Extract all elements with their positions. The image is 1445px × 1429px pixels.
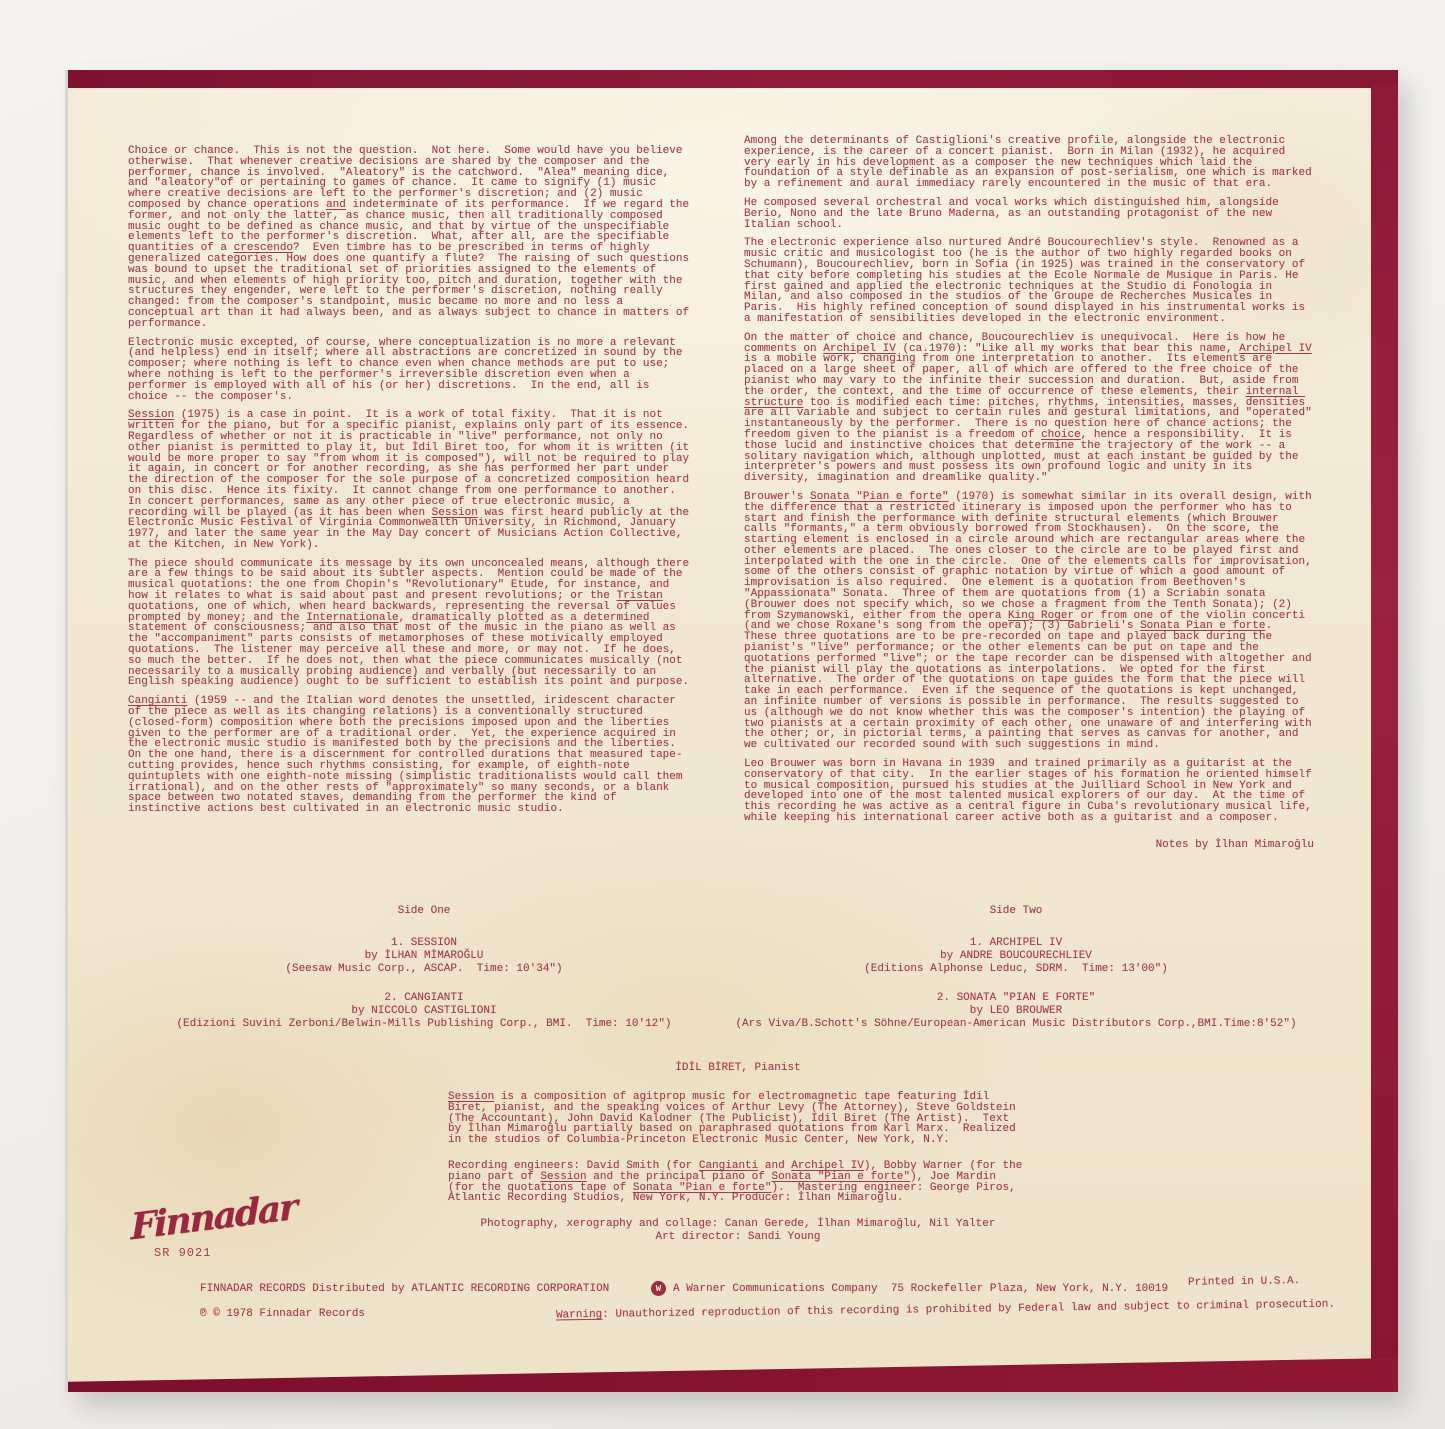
session-credit-paragraph: Session is a composition of agitprop mus…: [448, 1092, 1028, 1146]
underlined-text: Internationale: [306, 612, 398, 624]
liner-notes-left-column: Choice or chance. This is not the questi…: [128, 146, 690, 823]
side-one-tracklist: Side One 1. SESSION by İLHAN MİMAROĞLU (…: [124, 906, 724, 1047]
warner-communications-logo-icon: W: [651, 1281, 666, 1296]
finnadar-logo-block: Finnadar SR 9021: [130, 1196, 296, 1260]
underlined-text: Tristan: [616, 590, 662, 602]
credits-block: Session is a composition of agitprop mus…: [448, 1092, 1028, 1245]
distribution-line: FINNADAR RECORDS Distributed by ATLANTIC…: [200, 1283, 609, 1295]
paragraph: He composed several orchestral and vocal…: [744, 198, 1318, 230]
liner-notes-right-column: Among the determinants of Castiglioni's …: [744, 136, 1318, 859]
warner-address-text: A Warner Communications Company 75 Rocke…: [673, 1283, 1168, 1295]
warner-line: W A Warner Communications Company 75 Roc…: [651, 1281, 1168, 1296]
track-entry-cangianti: 2. CANGIANTI by NICCOLO CASTIGLIONI (Edi…: [124, 992, 724, 1031]
engineers-credit-paragraph: Recording engineers: David Smith (for Ca…: [448, 1161, 1028, 1204]
paragraph: Among the determinants of Castiglioni's …: [744, 136, 1318, 190]
track-publisher-time: (Edizioni Suvini Zerboni/Belwin-Mills Pu…: [124, 1018, 724, 1031]
underlined-text: Warning: [556, 1309, 602, 1322]
collage-credit-line: Photography, xerography and collage: Can…: [448, 1219, 1028, 1230]
track-number-title: 2. CANGIANTI: [124, 992, 724, 1005]
cover-top-red-edge: [68, 70, 1398, 88]
underlined-text: Archipel IV: [823, 343, 896, 355]
underlined-text: choice: [1041, 429, 1081, 441]
printed-in-usa-line: Printed in U.S.A.: [1188, 1275, 1300, 1289]
track-number-title: 1. ARCHIPEL IV: [716, 937, 1316, 950]
underlined-text: Session: [128, 409, 174, 421]
copyright-line: ℗ © 1978 Finnadar Records: [200, 1308, 365, 1320]
track-publisher-time: (Ars Viva/B.Schott's Söhne/European-Amer…: [716, 1018, 1316, 1031]
track-composer: by ANDRE BOUCOURECHLIEV: [716, 950, 1316, 963]
underlined-text: crescendo: [234, 242, 293, 254]
underlined-text: Sonata Pian e forte: [1140, 620, 1265, 632]
paragraph: Electronic music excepted, of course, wh…: [128, 338, 690, 403]
photo-backdrop: Choice or chance. This is not the questi…: [0, 0, 1445, 1429]
cover-right-red-edge: [1371, 84, 1398, 1366]
warning-line: Warning: Unauthorized reproduction of th…: [556, 1299, 1335, 1322]
track-publisher-time: (Seesaw Music Corp., ASCAP. Time: 10'34"…: [124, 963, 724, 976]
underlined-text: Archipel IV: [1239, 343, 1312, 355]
track-number-title: 2. SONATA "PIAN E FORTE": [716, 992, 1316, 1005]
paragraph: Brouwer's Sonata "Pian e forte" (1970) i…: [744, 492, 1318, 751]
paragraph: The electronic experience also nurtured …: [744, 238, 1318, 324]
underlined-text: Session: [432, 507, 478, 519]
track-number-title: 1. SESSION: [124, 937, 724, 950]
notes-byline: Notes by İlhan Mimaroğlu: [744, 840, 1318, 851]
underlined-text: Session: [448, 1091, 494, 1103]
finnadar-signature: Finnadar: [130, 1186, 296, 1249]
cover-bottom-red-edge: [68, 1358, 1398, 1392]
performer-heading: İDİL BİRET, Pianist: [448, 1063, 1028, 1074]
underlined-text: Sonata "Pian e forte": [771, 1171, 910, 1183]
paragraph: Choice or chance. This is not the questi…: [128, 146, 690, 330]
underlined-text: internal structure: [744, 386, 1305, 409]
side-one-heading: Side One: [124, 906, 724, 917]
art-director-line: Art director: Sandi Young: [448, 1232, 1028, 1243]
paragraph: Cangianti (1959 -- and the Italian word …: [128, 696, 690, 815]
track-entry-session: 1. SESSION by İLHAN MİMAROĞLU (Seesaw Mu…: [124, 937, 724, 976]
track-publisher-time: (Editions Alphonse Leduc, SDRM. Time: 13…: [716, 963, 1316, 976]
underlined-text: Cangianti: [699, 1160, 758, 1172]
album-back-cover: Choice or chance. This is not the questi…: [68, 70, 1398, 1392]
paragraph: On the matter of choice and chance, Bouc…: [744, 333, 1318, 484]
catalog-number: SR 9021: [154, 1246, 296, 1260]
underlined-text: Sonata "Pian e forte": [810, 491, 949, 503]
track-entry-archipel-iv: 1. ARCHIPEL IV by ANDRE BOUCOURECHLIEV (…: [716, 937, 1316, 976]
underlined-text: King Roger: [1008, 610, 1074, 622]
side-two-heading: Side Two: [716, 906, 1316, 917]
underlined-text: and: [326, 199, 346, 211]
underlined-text: Sonata "Pian e forte": [633, 1182, 772, 1194]
underlined-text: Cangianti: [128, 695, 187, 707]
liner-notes-right-paragraphs: Among the determinants of Castiglioni's …: [744, 136, 1318, 824]
track-entry-sonata-pian-e-forte: 2. SONATA "PIAN E FORTE" by LEO BROUWER …: [716, 992, 1316, 1031]
paragraph: Leo Brouwer was born in Havana in 1939 a…: [744, 759, 1318, 824]
paragraph: Session (1975) is a case in point. It is…: [128, 410, 690, 550]
track-composer: by NICCOLO CASTIGLIONI: [124, 1005, 724, 1018]
paragraph: The piece should communicate its message…: [128, 559, 690, 689]
underlined-text: Session: [540, 1171, 586, 1183]
track-composer: by LEO BROUWER: [716, 1005, 1316, 1018]
track-composer: by İLHAN MİMAROĞLU: [124, 950, 724, 963]
side-two-tracklist: Side Two 1. ARCHIPEL IV by ANDRE BOUCOUR…: [716, 906, 1316, 1047]
